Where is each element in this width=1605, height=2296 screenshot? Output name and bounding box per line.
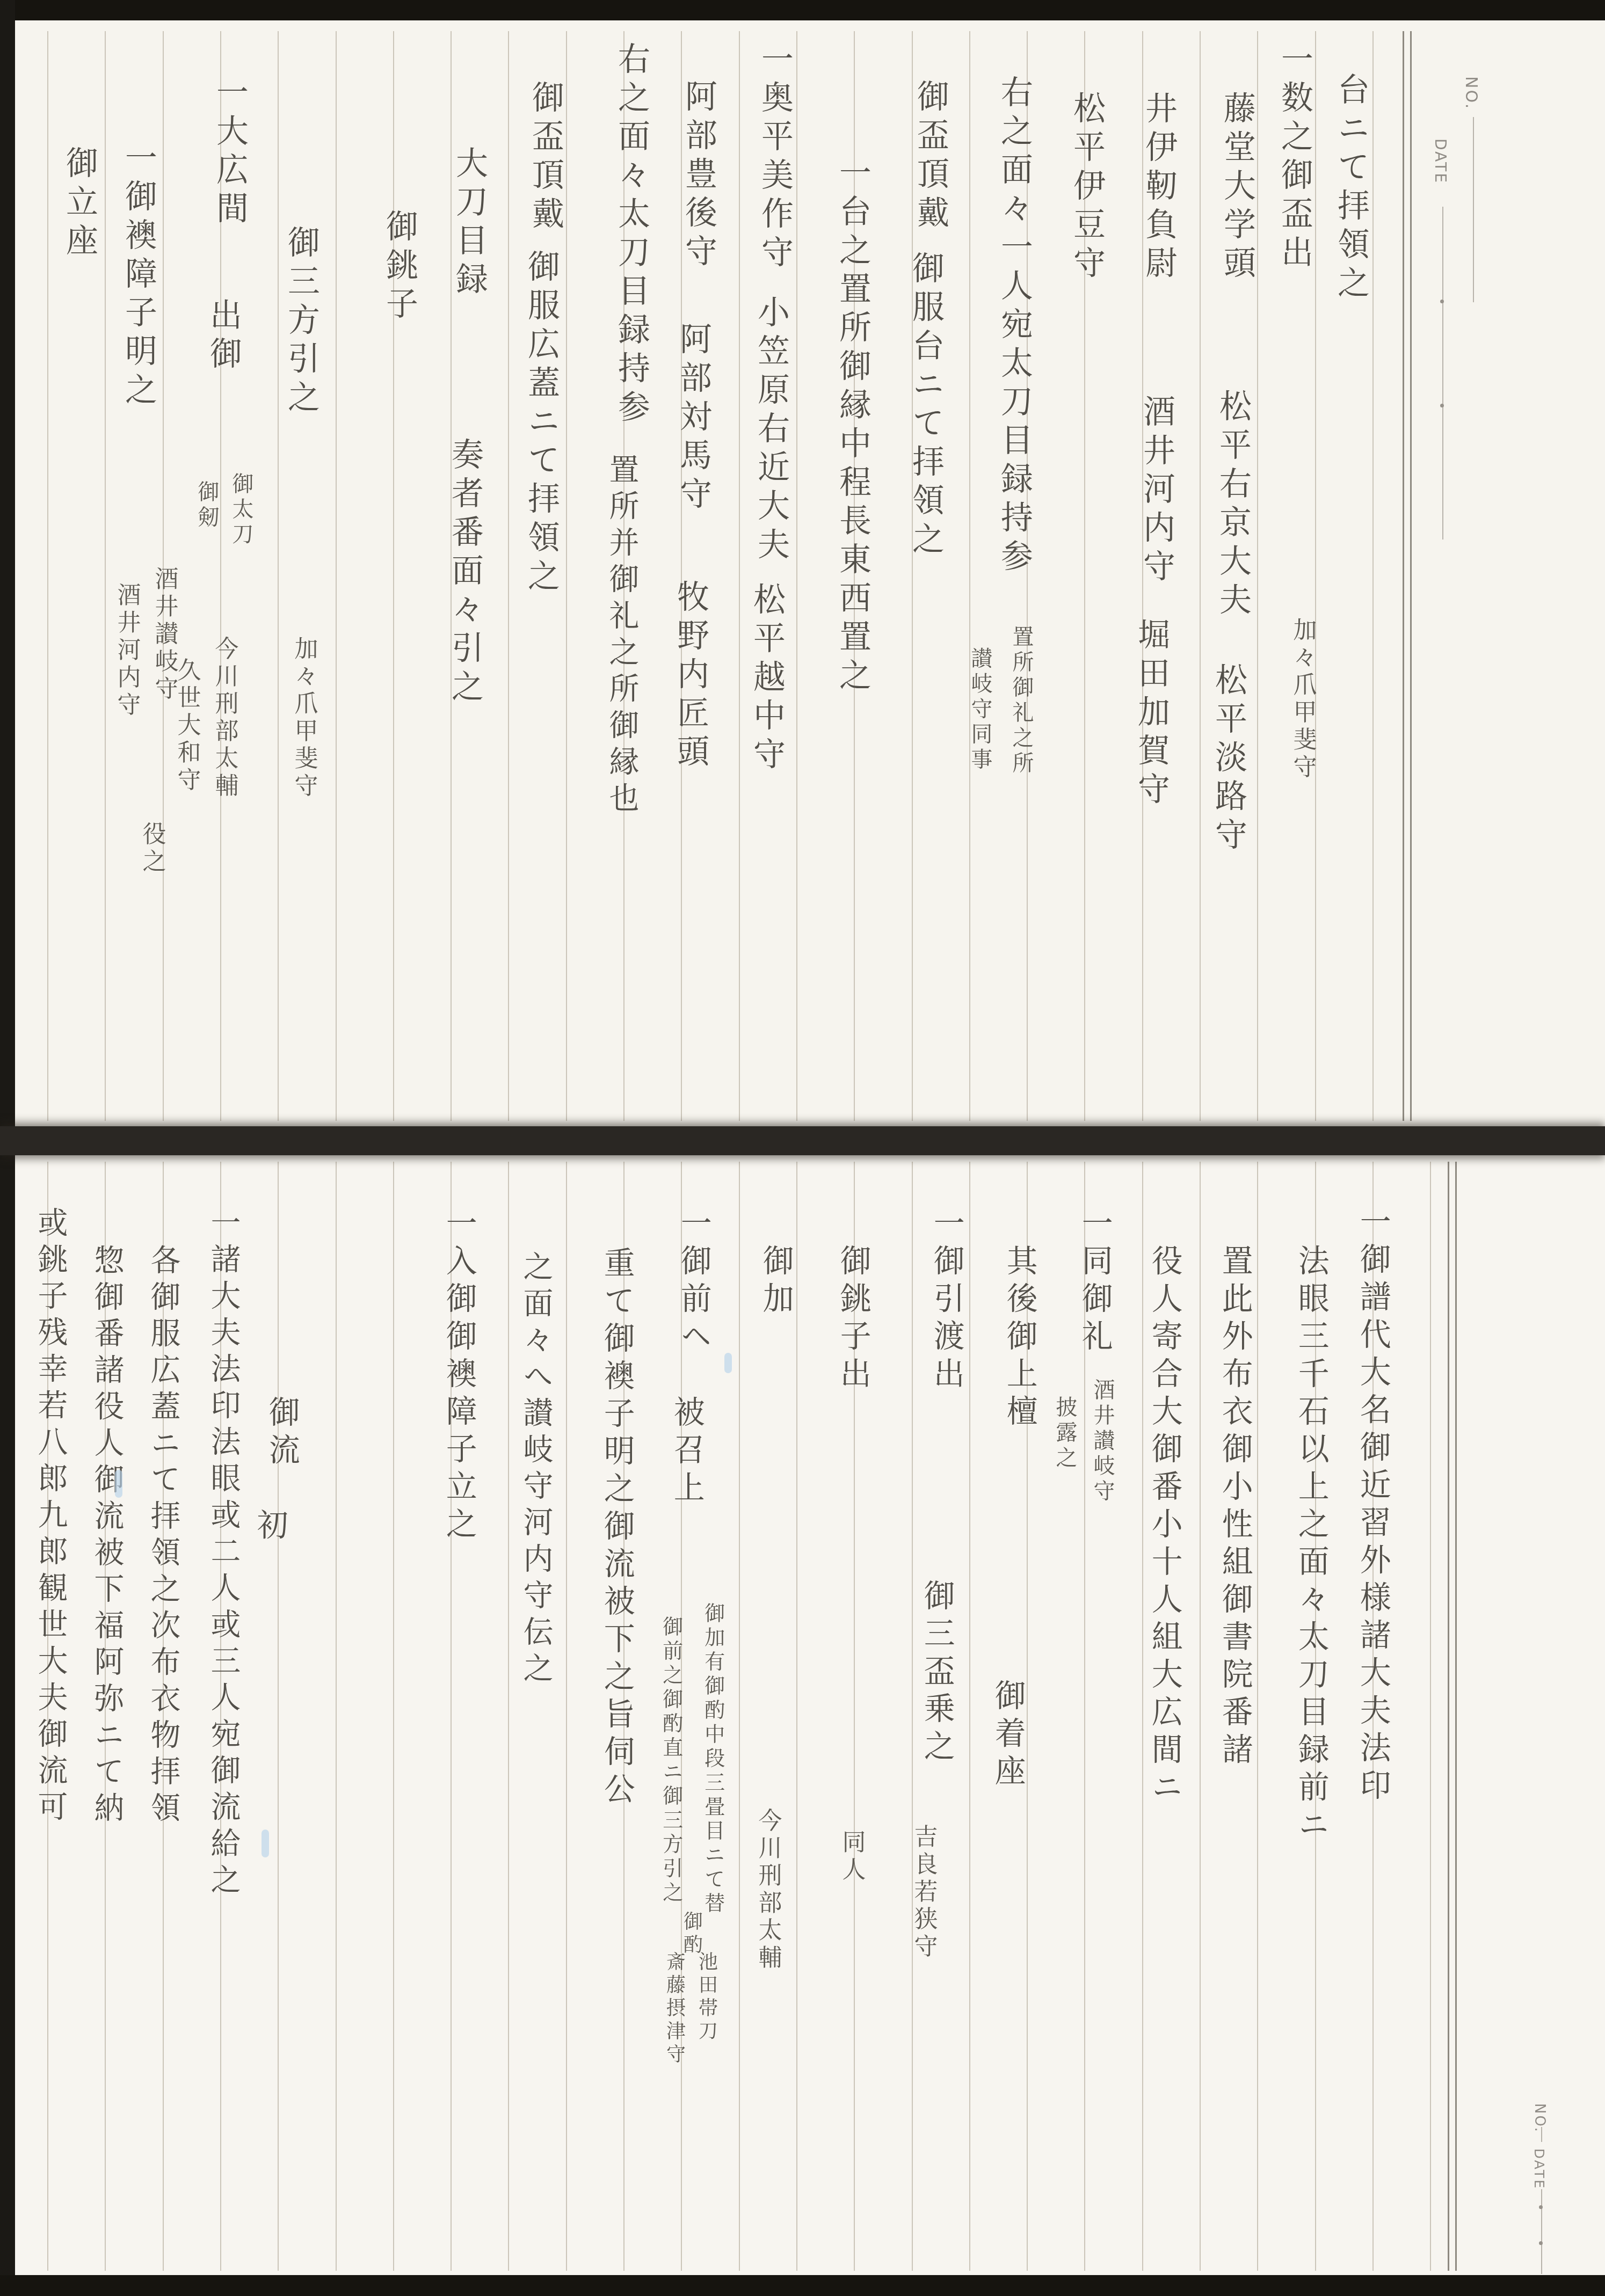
handwritten-column: 松平右京大夫: [1215, 389, 1251, 621]
handwritten-column: 大刀目録: [452, 146, 487, 301]
handwritten-column: 阿部対馬守: [676, 322, 711, 515]
handwritten-column: 一御襖障子明之: [121, 141, 156, 411]
handwritten-column: 御酌: [681, 1911, 702, 1957]
handwritten-column: 今川刑部太輔: [754, 1808, 780, 1972]
ruled-line: [1315, 31, 1316, 1121]
handwritten-column: 御三盃乗之: [919, 1579, 954, 1767]
handwritten-column: 一大広間: [212, 75, 248, 230]
ruled-line: [969, 1162, 970, 2271]
ruled-line: [47, 31, 48, 1121]
handwritten-column: 置此外布衣御小性組御書院番諸: [1217, 1244, 1252, 1770]
handwritten-column: 加々爪甲斐守: [291, 636, 316, 800]
handwritten-column: 右之面々太刀目録持参: [614, 42, 649, 428]
ruled-line: [1200, 31, 1201, 1121]
scanned-notebook-document: NO. DATE NO. DATE 台ニて拝領之一数之御盃出加々爪甲斐守藤堂大学…: [0, 0, 1605, 2296]
ruled-line: [739, 31, 740, 1121]
blue-mark: [262, 1829, 269, 1857]
handwritten-column: 御服台ニて拝領之: [908, 251, 943, 560]
handwritten-column: 池田帯刀: [696, 1951, 717, 2044]
handwritten-column: 重て御襖子明之御流被下之旨伺公: [599, 1247, 634, 1810]
margin-double-rule: [1410, 31, 1412, 1121]
handwritten-column: 松平越中守: [749, 582, 785, 776]
ruled-line: [278, 1162, 279, 2271]
ruled-line: [796, 1162, 797, 2271]
blue-mark: [724, 1353, 732, 1373]
handwritten-column: 御銚子出: [836, 1244, 870, 1395]
ruled-line: [393, 1162, 394, 2271]
handwritten-column: 初: [252, 1508, 287, 1546]
page-gap-shadow: [0, 1126, 1605, 1155]
handwritten-column: 牧野内匠頭: [673, 580, 708, 773]
handwritten-column: 加々爪甲斐守: [1289, 617, 1315, 782]
ruled-line: [105, 31, 106, 1121]
date-separator-dot: [1539, 2205, 1543, 2209]
no-label: NO.: [1531, 2103, 1548, 2133]
ruled-line: [566, 31, 567, 1121]
handwritten-column: 奏者番面々引之: [447, 438, 483, 708]
date-label: DATE: [1531, 2148, 1547, 2190]
scan-edge-bottom: [0, 2275, 1605, 2296]
handwritten-column: 置所并御礼之所御縁也: [605, 454, 638, 819]
date-separator-dot: [1440, 300, 1444, 303]
handwritten-column: 御盃頂戴: [528, 81, 563, 235]
ruled-line: [508, 1162, 509, 2271]
handwritten-column: 右之面々一人宛太刀目録持参: [997, 75, 1032, 578]
ruled-line: [969, 31, 970, 1121]
handwritten-column: 各御服広蓋ニて拝領之次布衣物拝領: [147, 1244, 180, 1828]
handwritten-column: 一入御御襖障子立之: [441, 1207, 476, 1545]
ruled-line: [912, 1162, 913, 2271]
handwritten-column: 御三方引之: [284, 225, 319, 419]
handwritten-column: 堀田加賀守: [1134, 617, 1169, 811]
handwritten-column: 御流: [264, 1396, 299, 1471]
date-line: [1541, 2189, 1542, 2274]
handwritten-column: 御立座: [62, 146, 97, 262]
handwritten-column: 役之: [139, 821, 164, 876]
ruled-line: [566, 1162, 567, 2271]
ruled-line: [278, 31, 279, 1121]
handwritten-column: 之面々へ讃岐守河内守伝之: [519, 1251, 553, 1689]
ruled-line: [796, 31, 797, 1121]
ruled-line: [1372, 31, 1374, 1121]
no-line: [1541, 2127, 1542, 2142]
handwritten-column: 一御譜代大名御近習外様諸大夫法印: [1355, 1205, 1390, 1806]
date-line: [1442, 207, 1443, 540]
handwritten-column: 御銚子: [382, 209, 417, 325]
handwritten-column: 酒井讃岐守: [1091, 1379, 1114, 1505]
handwritten-column: 一諸大夫法印法眼或二人或三人宛御流給之: [207, 1207, 240, 1900]
handwritten-column: 酒井河内守: [113, 582, 139, 719]
margin-double-rule: [1455, 1162, 1457, 2271]
date-separator-dot: [1440, 404, 1444, 407]
handwritten-column: 惣御番諸役人御流被下福阿弥ニて納: [90, 1244, 124, 1828]
handwritten-column: 法眼三千石以上之面々太刀目録前ニ: [1294, 1244, 1328, 1846]
handwritten-column: 御着座: [990, 1679, 1025, 1792]
handwritten-column: 一奥平美作守: [757, 42, 793, 274]
handwritten-column: 今川刑部太輔: [211, 636, 237, 800]
ruled-line: [1257, 31, 1258, 1121]
handwritten-column: 御服広蓋ニて拝領之: [524, 250, 559, 597]
handwritten-column: 阿部豊後守: [681, 79, 716, 273]
handwritten-column: 藤堂大学頭: [1219, 91, 1255, 285]
handwritten-column: 一御引渡出: [929, 1207, 963, 1395]
handwritten-column: 同人: [838, 1829, 864, 1884]
margin-double-rule: [1403, 31, 1404, 1121]
ruled-line: [508, 31, 509, 1121]
handwritten-column: 酒井河内守: [1139, 395, 1174, 588]
ruled-line: [1257, 1162, 1258, 2271]
handwritten-column: 御盃頂戴: [913, 79, 948, 234]
handwritten-column: 御加有御酌中段三畳目ニて替: [701, 1602, 724, 1916]
no-line: [1473, 117, 1474, 302]
ruled-line: [336, 1162, 337, 2271]
handwritten-column: 吉良若狭守: [910, 1824, 936, 1961]
handwritten-column: 讃岐守同事: [968, 647, 992, 773]
handwritten-column: 一数之御盃出: [1277, 42, 1312, 274]
date-label: DATE: [1432, 139, 1449, 184]
handwritten-column: 御前之御酌直ニ御三方引之: [659, 1616, 682, 1906]
handwritten-column: 出御: [206, 298, 241, 375]
handwritten-column: 一台之置所御縁中程長東西置之: [835, 156, 870, 697]
margin-double-rule: [1448, 1162, 1449, 2271]
handwritten-column: 役人寄合大御番小十人組大広間ニ: [1147, 1244, 1181, 1808]
handwritten-column: 台ニて拝領之: [1333, 72, 1369, 304]
ruled-line: [336, 31, 337, 1121]
handwritten-column: 披露之: [1053, 1396, 1077, 1471]
ruled-line: [1430, 1162, 1431, 2271]
handwritten-column: 松平伊豆守: [1069, 91, 1105, 285]
handwritten-column: 松平淡路守: [1211, 663, 1246, 856]
handwritten-column: 一同御礼: [1077, 1207, 1112, 1357]
handwritten-column: 被召上: [669, 1396, 703, 1508]
ruled-line: [1142, 1162, 1143, 2271]
handwritten-column: 其後御上檀: [1002, 1244, 1036, 1432]
handwritten-column: 御剱: [195, 480, 219, 531]
handwritten-column: 井伊靭負尉: [1141, 91, 1176, 285]
handwritten-column: 御加: [758, 1244, 793, 1320]
no-label: NO.: [1462, 76, 1480, 110]
scan-edge-top: [0, 0, 1605, 20]
handwritten-column: 酒井讃岐守: [151, 566, 177, 703]
ruled-line: [393, 31, 394, 1121]
handwritten-column: 小笠原右近大夫: [753, 295, 789, 566]
date-separator-dot: [1539, 2241, 1543, 2245]
handwritten-column: 一御前ヘ: [676, 1207, 710, 1357]
handwritten-column: 或銚子残幸若八郎九郎観世大夫御流可: [34, 1207, 67, 1827]
handwritten-column: 斎藤摂津守: [664, 1951, 685, 2067]
blue-mark: [115, 1470, 122, 1498]
handwritten-column: 御太刀: [229, 472, 253, 548]
ruled-line: [1200, 1162, 1201, 2271]
ruled-line: [739, 1162, 740, 2271]
handwritten-column: 置所御礼之所: [1010, 625, 1033, 777]
